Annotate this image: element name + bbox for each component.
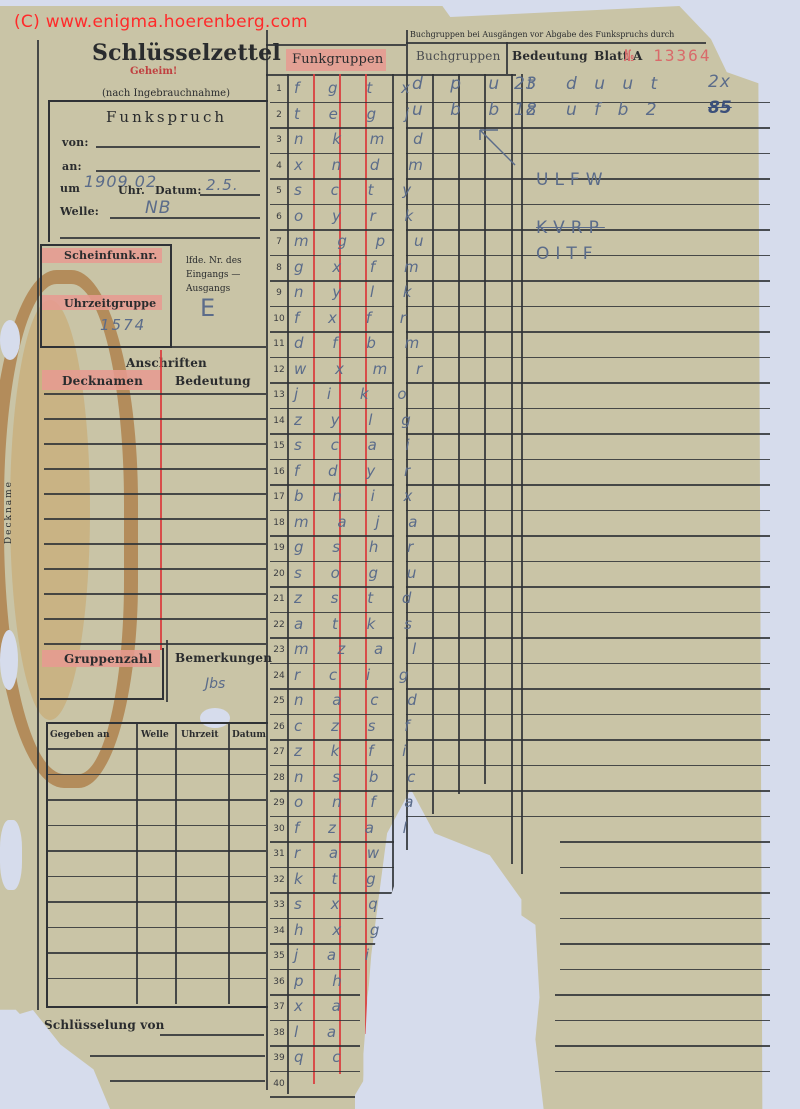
- row-line: [270, 1020, 360, 1022]
- funkgruppe-cell[interactable]: s c t y: [294, 181, 423, 199]
- row-line: [270, 178, 394, 180]
- row-number: 34: [272, 926, 286, 936]
- decknamen-divider: [160, 350, 162, 650]
- funkgruppe-cell[interactable]: g s h r: [294, 538, 425, 556]
- ruled-line: [406, 586, 770, 588]
- anschriften-line: [44, 618, 266, 620]
- funkgruppe-cell[interactable]: f z a l: [294, 819, 419, 837]
- funkgruppe-cell[interactable]: w x m r: [294, 360, 434, 378]
- scheinfunk-label: Scheinfunk.nr.: [64, 249, 157, 262]
- funkspruch-heading: Funkspruch: [106, 108, 227, 126]
- row-number: 14: [272, 416, 286, 426]
- lfde-value[interactable]: E: [200, 294, 220, 322]
- classification-stamp: Geheim!: [130, 66, 177, 77]
- row-number: 24: [272, 671, 286, 681]
- weitergabe-line: [46, 774, 266, 776]
- weitergabe-line: [46, 901, 266, 903]
- row-line: [270, 663, 394, 665]
- ruled-line: [406, 204, 770, 206]
- funkgruppe-cell[interactable]: n a c d: [294, 691, 429, 709]
- row-line: [270, 331, 394, 333]
- lfde-bottom: [168, 346, 266, 348]
- row-number: 35: [272, 951, 286, 961]
- weitergabe-col: [136, 722, 138, 1004]
- funkgruppe-cell[interactable]: b n i x: [294, 487, 424, 505]
- schluesselung-line-2: [90, 1055, 265, 1057]
- row-number: 38: [272, 1028, 286, 1038]
- row-number: 25: [272, 696, 286, 706]
- buch-row-2-extra[interactable]: 85: [708, 98, 732, 118]
- row-number: 20: [272, 569, 286, 579]
- funkgruppe-cell[interactable]: q c: [294, 1048, 353, 1066]
- schluesselung-label: Schlüsselung von: [44, 1018, 165, 1032]
- row-number: 11: [272, 339, 286, 349]
- gruppenzahl-label: Gruppenzahl: [64, 652, 153, 666]
- bedeutung-col-2: [521, 74, 523, 874]
- ruled-line: [555, 1071, 770, 1073]
- funkgruppe-cell[interactable]: z k f i: [294, 742, 418, 760]
- ruled-line: [406, 153, 770, 155]
- weitergabe-line: [46, 799, 266, 801]
- funkgruppen-header: Funkgruppen: [292, 52, 383, 67]
- anschriften-line: [44, 468, 266, 470]
- buch-col: [432, 74, 434, 814]
- buch-row-2-bedeutung[interactable]: u f b 2: [566, 100, 663, 120]
- row-line: [270, 204, 394, 206]
- ruled-line: [406, 408, 770, 410]
- funkgruppe-cell[interactable]: n k m d: [294, 130, 435, 148]
- weitergabe-header-gegeben: Gegeben an: [50, 730, 110, 740]
- row-number: 33: [272, 900, 286, 910]
- buchgruppen-header: Buchgruppen: [416, 49, 501, 63]
- weitergabe-line: [46, 978, 266, 980]
- weitergabe-col: [175, 722, 177, 1004]
- row-line: [270, 892, 394, 894]
- ruled-line: [560, 918, 770, 920]
- ruled-line: [406, 637, 770, 639]
- anschriften-line: [44, 643, 266, 645]
- row-number: 28: [272, 773, 286, 783]
- anschriften-label: Anschriften: [126, 356, 207, 370]
- uhrzeitgruppe-label: Uhrzeitgruppe: [64, 297, 156, 310]
- schluesselung-line-3: [110, 1080, 265, 1082]
- row-line: [270, 153, 394, 155]
- note-1[interactable]: ULFW: [536, 170, 609, 190]
- ruled-line: [406, 357, 770, 359]
- row-number: 5: [272, 186, 286, 196]
- weitergabe-line: [46, 748, 266, 750]
- row-line: [270, 841, 394, 843]
- row-number: 30: [272, 824, 286, 834]
- row-number: 2: [272, 110, 286, 120]
- ruled-line: [406, 816, 770, 818]
- row-number: 13: [272, 390, 286, 400]
- ruled-line: [560, 841, 770, 843]
- ruled-line: [560, 943, 770, 945]
- funkgruppe-cell[interactable]: m z a l: [294, 640, 428, 658]
- welle-label: Welle:: [60, 205, 99, 218]
- funkgruppe-cell[interactable]: x a: [294, 997, 353, 1015]
- funkgruppe-cell[interactable]: d f b m: [294, 334, 431, 352]
- funkgruppe-cell[interactable]: s c a i: [294, 436, 422, 454]
- buch-row-1-num[interactable]: 23: [514, 74, 538, 94]
- lfde-label: lfde. Nr. des Eingangs — Ausgangs: [186, 254, 256, 296]
- row-line: [270, 918, 394, 920]
- row-line: [270, 688, 394, 690]
- ruled-line: [555, 1020, 770, 1022]
- side-label: Deckname: [4, 480, 14, 544]
- form-subtitle: (nach Ingebrauchnahme): [102, 88, 230, 99]
- uhrzeitgruppe-value[interactable]: 1574: [100, 316, 146, 334]
- ruled-line: [406, 663, 770, 665]
- funkspruch-bottom-line: [60, 237, 260, 239]
- buch-col: [484, 74, 486, 784]
- row-number: 12: [272, 365, 286, 375]
- row-line: [270, 127, 394, 129]
- bedeutung-header-text: Bedeutung: [512, 49, 588, 63]
- row-line: [270, 535, 394, 537]
- row-number: 21: [272, 594, 286, 604]
- row-number: 16: [272, 467, 286, 477]
- bemerkungen-divider: [166, 640, 168, 702]
- funkgruppe-cell[interactable]: z y l g: [294, 411, 423, 429]
- row-line: [270, 739, 394, 741]
- bemerkungen-label: Bemerkungen: [175, 651, 272, 665]
- ruled-line: [560, 867, 770, 869]
- row-number: 6: [272, 212, 286, 222]
- funkgruppe-cell[interactable]: f g t x: [294, 79, 422, 97]
- row-line: [270, 637, 394, 639]
- ruled-line: [406, 561, 770, 563]
- datum-value[interactable]: 2.5.: [206, 176, 239, 194]
- ruled-line: [406, 382, 770, 384]
- bemerkungen-value[interactable]: Jbs: [205, 676, 225, 692]
- row-line: [270, 459, 394, 461]
- row-line: [270, 969, 360, 971]
- row-line: [270, 790, 394, 792]
- row-number: 19: [272, 543, 286, 553]
- row-line: [270, 1045, 360, 1047]
- note-2-struck[interactable]: KVRP: [536, 218, 605, 238]
- ruled-line: [406, 510, 770, 512]
- serial-value: 13364: [653, 46, 711, 65]
- ruled-line: [555, 994, 770, 996]
- paper-tear-right: [776, 0, 800, 1109]
- row-line: [270, 867, 394, 869]
- row-line: [270, 586, 394, 588]
- anschriften-line: [44, 543, 266, 545]
- row-number: 15: [272, 441, 286, 451]
- row-line: [270, 102, 394, 104]
- row-line: [270, 433, 394, 435]
- ruled-line: [555, 1045, 770, 1047]
- anschriften-line: [44, 493, 266, 495]
- row-number: 1: [272, 84, 286, 94]
- funkgruppe-cell[interactable]: f d y r: [294, 462, 422, 480]
- weitergabe-header-welle: Welle: [141, 730, 169, 740]
- anschriften-line: [44, 518, 266, 520]
- row-line: [270, 994, 360, 996]
- buchgruppen-top-header: Buchgruppen bei Ausgängen vor Abgabe des…: [410, 30, 674, 39]
- row-line: [270, 229, 394, 231]
- ruled-line: [560, 892, 770, 894]
- row-number: 29: [272, 798, 286, 808]
- anschriften-line: [44, 393, 266, 395]
- row-number: 10: [272, 314, 286, 324]
- ruled-line: [406, 765, 770, 767]
- serial-number: № 13364: [624, 46, 711, 65]
- weitergabe-line: [46, 825, 266, 827]
- decknamen-label: Decknamen: [62, 374, 143, 388]
- row-line: [270, 612, 394, 614]
- row-line: [270, 255, 394, 257]
- row-number: 17: [272, 492, 286, 502]
- ruled-line: [406, 612, 770, 614]
- watermark: (C) www.enigma.hoerenberg.com: [14, 12, 308, 32]
- row-line: [270, 1071, 360, 1073]
- funkgruppe-cell[interactable]: m g p u: [294, 232, 435, 250]
- funkgruppen-top: [266, 44, 406, 46]
- ruled-line: [406, 484, 770, 486]
- bedeutung-col: [511, 74, 513, 864]
- row-line: [270, 306, 394, 308]
- funkgruppe-cell[interactable]: x n d m: [294, 156, 435, 174]
- funkgruppe-cell[interactable]: o n f a: [294, 793, 425, 811]
- schluesselung-line[interactable]: [160, 1034, 264, 1036]
- row-number: 31: [272, 849, 286, 859]
- row-number: 7: [272, 237, 286, 247]
- funkgruppe-cell[interactable]: o y r k: [294, 207, 425, 225]
- row-number: 36: [272, 977, 286, 987]
- anschriften-line: [44, 568, 266, 570]
- buchgruppen-header-divider: [506, 42, 508, 74]
- form-title: Schlüsselzettel: [92, 40, 281, 66]
- ruled-line: [406, 306, 770, 308]
- row-number: 18: [272, 518, 286, 528]
- note-3[interactable]: OITF: [536, 244, 599, 264]
- funkgruppe-cell[interactable]: n s b c: [294, 768, 427, 786]
- row-number: 4: [272, 161, 286, 171]
- ruled-line: [406, 714, 770, 716]
- row-number: 22: [272, 620, 286, 630]
- row-line: [270, 714, 394, 716]
- row-line: [270, 357, 394, 359]
- an-label: an:: [62, 160, 82, 173]
- row-line: [270, 280, 394, 282]
- von-label: von:: [62, 136, 89, 149]
- funkgruppe-cell[interactable]: r c i g: [294, 666, 420, 684]
- paper-hole: [0, 820, 22, 890]
- datum-line: [200, 194, 260, 196]
- buch-row-1-extra[interactable]: 2x: [708, 72, 731, 92]
- anschriften-line: [44, 593, 266, 595]
- funkgruppe-cell[interactable]: m a j a: [294, 513, 429, 531]
- von-field[interactable]: [96, 146, 260, 148]
- paper-hole: [0, 630, 18, 690]
- funkgruppe-cell[interactable]: z s t d: [294, 589, 423, 607]
- weitergabe-line: [46, 952, 266, 954]
- uhr-label: Uhr.: [118, 184, 145, 197]
- buch-row-2-num[interactable]: 18: [514, 100, 538, 120]
- row-number: 27: [272, 747, 286, 757]
- row-number: 26: [272, 722, 286, 732]
- row-number: 8: [272, 263, 286, 273]
- ruled-line: [406, 739, 770, 741]
- buchgruppen-top-line: [406, 42, 706, 44]
- weitergabe-table: [46, 722, 268, 1008]
- ruled-line: [406, 331, 770, 333]
- funkgruppe-cell[interactable]: t e g j: [294, 105, 421, 123]
- left-border: [37, 40, 39, 1010]
- row-line: [270, 816, 394, 818]
- datum-label: Datum:: [155, 184, 202, 197]
- ruled-line: [406, 459, 770, 461]
- welle-value[interactable]: NB: [145, 198, 171, 218]
- funkgruppe-cell[interactable]: n y l k: [294, 283, 424, 301]
- ruled-line: [406, 688, 770, 690]
- funkgruppe-cell[interactable]: g x f m: [294, 258, 431, 276]
- welle-line: [110, 217, 260, 219]
- row-number: 23: [272, 645, 286, 655]
- row-number: 40: [272, 1079, 286, 1089]
- ruled-line: [406, 535, 770, 537]
- row-number: 37: [272, 1002, 286, 1012]
- row-number: 32: [272, 875, 286, 885]
- bedeutung-label: Bedeutung: [175, 374, 251, 388]
- bedeutung-header: Bedeutung Blatt A: [512, 49, 643, 63]
- funkgruppe-cell[interactable]: f x f r: [294, 309, 418, 327]
- rownum-divider: [287, 74, 289, 1094]
- row-line: [270, 484, 394, 486]
- ruled-line: [406, 433, 770, 435]
- weitergabe-header-datum: Datum: [232, 730, 266, 740]
- funkgruppe-cell[interactable]: c z s f: [294, 717, 422, 735]
- funkgruppe-cell[interactable]: a t k s: [294, 615, 424, 633]
- row-line: [270, 510, 394, 512]
- funkgruppe-cell[interactable]: j i k o: [294, 385, 419, 403]
- funkgruppe-cell[interactable]: l a: [294, 1023, 348, 1041]
- row-line: [270, 1096, 360, 1098]
- weitergabe-header-uhrzeit: Uhrzeit: [181, 730, 219, 740]
- row-line: [270, 765, 394, 767]
- weitergabe-line: [46, 850, 266, 852]
- anschriften-line: [44, 443, 266, 445]
- funkgruppe-cell[interactable]: s o g u: [294, 564, 428, 582]
- row-line: [270, 382, 394, 384]
- row-number: 9: [272, 288, 286, 298]
- serial-prefix: №: [624, 46, 634, 65]
- weitergabe-line: [46, 876, 266, 878]
- anschriften-line: [44, 418, 266, 420]
- row-number: 3: [272, 135, 286, 145]
- ruled-line: [560, 969, 770, 971]
- row-line: [270, 408, 394, 410]
- weitergabe-line: [46, 927, 266, 929]
- weitergabe-col: [228, 722, 230, 1004]
- ruled-line: [406, 280, 770, 282]
- row-line: [270, 561, 394, 563]
- ruled-line: [406, 127, 770, 129]
- paper-hole: [0, 320, 20, 360]
- ruled-line: [406, 790, 770, 792]
- row-number: 39: [272, 1053, 286, 1063]
- arrow-sketch-icon: [470, 120, 530, 180]
- buch-row-1-bedeutung[interactable]: d u u t: [566, 74, 663, 94]
- um-label: um: [60, 182, 80, 195]
- document-photo: (C) www.enigma.hoerenberg.com Schlüsselz…: [0, 0, 800, 1109]
